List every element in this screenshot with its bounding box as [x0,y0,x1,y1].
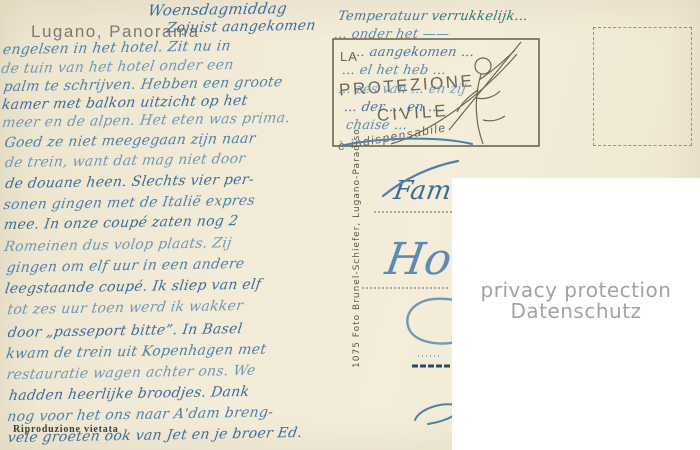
message-line: mee. In onze coupé zaten nog 2 [3,213,239,233]
message-line: kwam de trein uit Kopenhagen met [5,342,267,363]
message-line: leegstaande coupé. Ik sliep van elf [4,277,262,298]
handwriting-fragment: … aangekomen … [351,45,476,60]
message-line: de trein, want dat mag niet door [4,151,247,171]
address-line-1: Fam [392,176,454,206]
privacy-overlay-line2: Datenschutz [452,301,700,322]
postcard-back: Lugano, Panorama Woensdagmiddag Zojuist … [0,0,700,450]
message-line: door „passeport bitte”. In Basel [7,321,244,341]
message-line: gingen om elf uur in een andere [6,256,246,276]
message-line: tot zes uur toen werd ik wakker [6,298,244,318]
handwriting-fragment: Temperatuur verrukkelijk… [337,9,529,24]
message-line: sonen gingen met de Italië expres [2,193,256,213]
rights-notice: Riproduzione vietata [13,424,119,435]
handwritten-message: Woensdagmiddag Zojuist aangekomen engels… [0,0,368,450]
privacy-overlay-box: privacy protection Datenschutz [452,178,700,450]
message-line: hadden heerlijke broodjes. Dank [8,384,251,404]
handwriting-fragment: … onder het —— [333,27,451,42]
message-line: Romeinen dus volop plaats. Zij [3,235,233,255]
address-dotted-line [374,211,452,213]
stamp-placement-box [593,27,692,146]
address-dotted-line [362,287,448,289]
handwritten-dateline: Woensdagmiddag [147,0,288,20]
handwriting-fragment: … der … en … [343,100,443,115]
message-line: kamer met balkon uitzicht op het [1,93,249,113]
message-line: Zojuist aangekomen [165,18,316,37]
fragment-text-teal: verrukkelijk… [430,9,529,24]
message-line: de douane heen. Slechts vier per- [4,172,255,192]
message-line: de tuin van het hotel onder een [0,57,235,77]
handwriting-fragment: … el het heb … [341,63,448,78]
handwriting-fragment: chaise … [345,118,409,133]
address-line-2: Ho [382,234,456,285]
handwriting-fragment: … zes van … en zij [337,82,467,97]
message-line: engelsen in het hotel. Zit nu in [2,38,232,58]
message-line: Goed ze niet meegegaan zijn naar [3,131,256,151]
message-line: restauratie wagen achter ons. We [5,363,256,383]
privacy-overlay-line1: privacy protection [452,280,700,301]
fragment-text: Temperatuur [337,9,433,24]
message-line: meer en de alpen. Het eten was prima. [1,110,291,131]
message-line: nog voor het ons naar A'dam breng- [6,404,274,425]
